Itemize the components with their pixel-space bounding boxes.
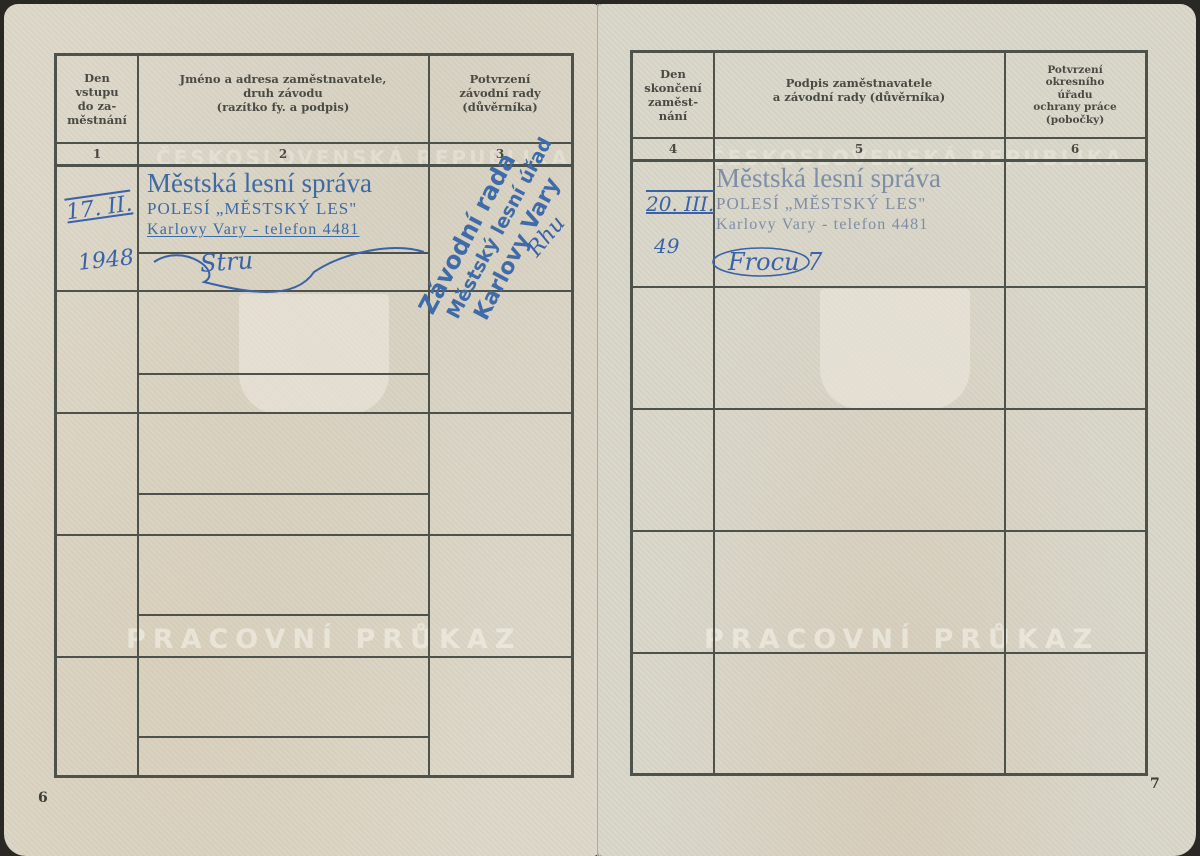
exit-date-year: 49: [654, 234, 679, 258]
exit-date-day-month: 20. III.: [646, 192, 714, 216]
column-number-6: 6: [1005, 142, 1145, 156]
column-header-entry-date: Den vstupu do za- městnání: [57, 56, 137, 142]
page-number-left: 6: [38, 790, 48, 806]
signature-loop-icon: [706, 240, 826, 290]
signature-flourish-icon: [144, 232, 444, 312]
column-number-5: 5: [714, 142, 1004, 156]
column-number-1: 1: [57, 147, 137, 161]
employer-stamp: Městská lesní správa POLESÍ „MĚSTSKÝ LES…: [716, 164, 941, 235]
column-header-employer: Jméno a adresa zaměstnavatele, druh závo…: [138, 56, 428, 142]
page-number-right: 7: [1150, 776, 1160, 792]
left-page: ČESKOSLOVENSKÁ REPUBLIKA PRACOVNÍ PRŮKAZ…: [4, 4, 598, 856]
column-number-2: 2: [138, 147, 428, 161]
column-header-exit-date: Den skončení zaměst- nání: [633, 53, 713, 137]
employment-exit-table: Den skončení zaměst- nání Podpis zaměstn…: [630, 50, 1148, 776]
right-page: ČESKOSLOVENSKÁ REPUBLIKA PRACOVNÍ PRŮKAZ…: [598, 4, 1196, 856]
column-header-employer-signature: Podpis zaměstnavatele a závodní rady (dů…: [714, 53, 1004, 137]
open-booklet: ČESKOSLOVENSKÁ REPUBLIKA PRACOVNÍ PRŮKAZ…: [0, 4, 1200, 856]
column-header-labor-office-confirmation: Potvrzení okresního úřadu ochrany práce …: [1005, 53, 1145, 137]
column-header-council-confirmation: Potvrzení závodní rady (důvěrníka): [429, 56, 571, 142]
employer-stamp: Městská lesní správa POLESÍ „MĚSTSKÝ LES…: [147, 169, 372, 240]
column-number-4: 4: [633, 142, 713, 156]
